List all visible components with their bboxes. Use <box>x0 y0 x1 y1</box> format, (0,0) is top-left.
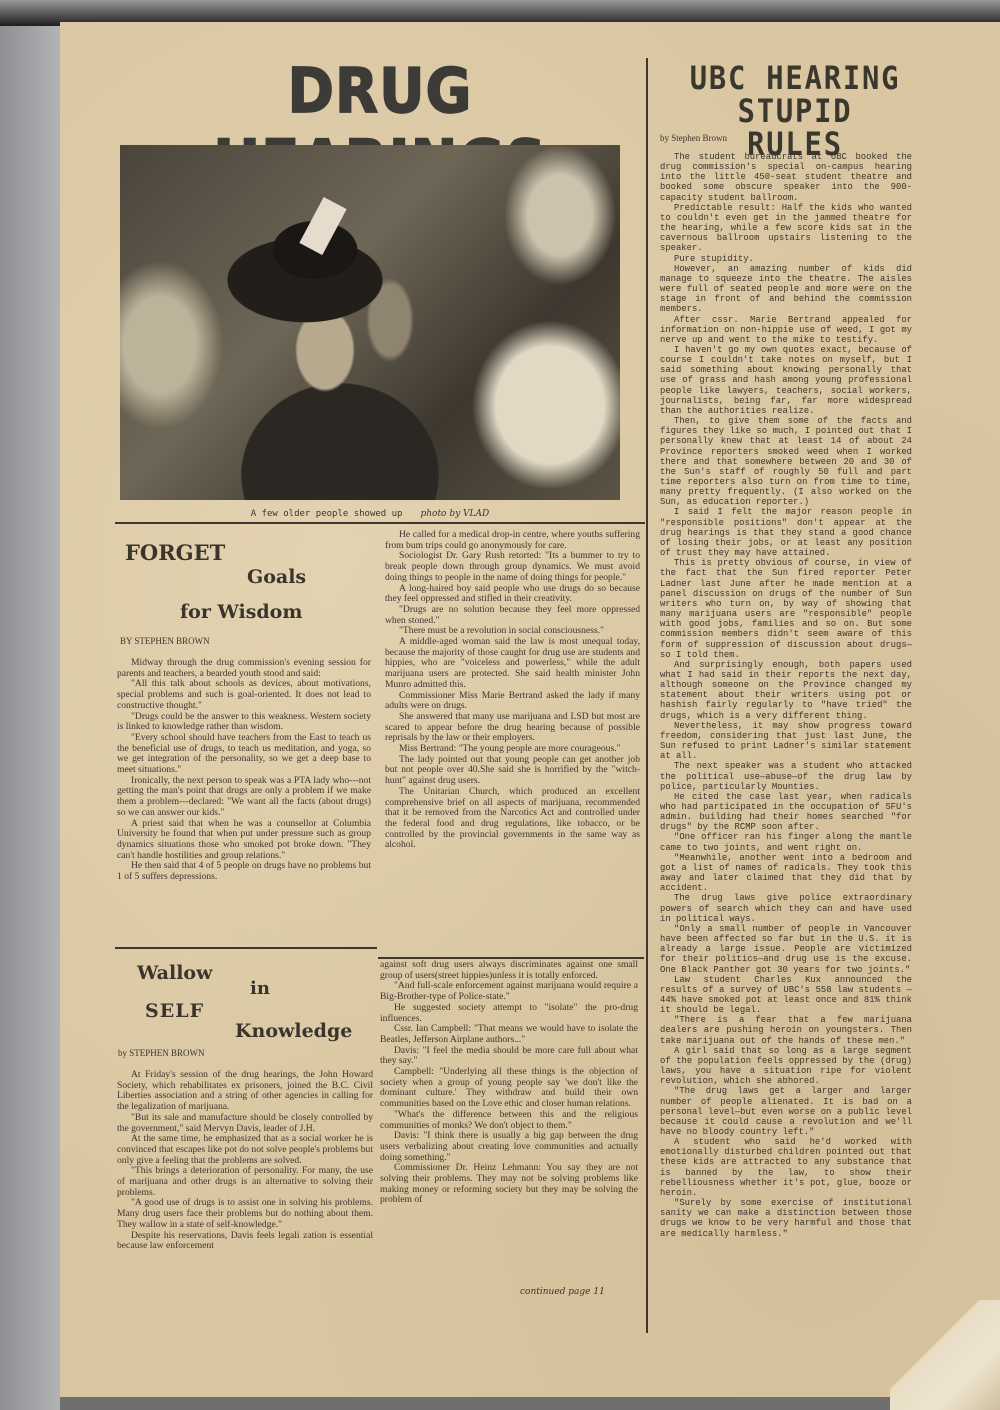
paragraph: The next speaker was a student who attac… <box>660 761 912 791</box>
paragraph: Commissioner Dr. Heinz Lehmann: You say … <box>380 1163 638 1206</box>
paragraph: He cited the case last year, when radica… <box>660 792 912 833</box>
paragraph: "There is a fear that a few marijuana de… <box>660 1015 912 1045</box>
paragraph: "Only a small number of people in Vancou… <box>660 924 912 975</box>
wallow-body-continued: against soft drug users always discrimin… <box>380 960 638 1206</box>
paragraph: I said I felt the major reason people in… <box>660 507 912 558</box>
paragraph: "The drug laws get a larger and larger n… <box>660 1086 912 1137</box>
forget-title-line1: FORGET <box>125 540 225 565</box>
paragraph: Pure stupidity. <box>660 254 912 264</box>
paragraph: A priest said that when he was a counsel… <box>117 819 371 862</box>
rule-between-articles-left <box>115 947 377 949</box>
scan-backdrop-left <box>0 0 60 1410</box>
paragraph: A student who said he'd worked with emot… <box>660 1137 912 1198</box>
paragraph: The drug laws give police extraordinary … <box>660 893 912 923</box>
paragraph: The student bureaucrats at UBC booked th… <box>660 152 912 203</box>
paragraph: Midway through the drug commission's eve… <box>117 658 371 679</box>
paragraph: This is pretty obvious of course, in vie… <box>660 558 912 660</box>
forget-body: Midway through the drug commission's eve… <box>117 658 371 883</box>
wallow-title-line2: in <box>250 978 270 999</box>
wallow-title-line3: SELF <box>145 1000 204 1022</box>
paragraph: A long-haired boy said people who use dr… <box>385 584 640 605</box>
paragraph: However, an amazing number of kids did m… <box>660 264 912 315</box>
paragraph: "Meanwhile, another went into a bedroom … <box>660 853 912 894</box>
paragraph: The Unitarian Church, which produced an … <box>385 787 640 851</box>
forget-title-line2: Goals <box>247 566 306 588</box>
ubc-body: The student bureaucrats at UBC booked th… <box>660 152 912 1239</box>
continued-note: continued page 11 <box>520 1287 605 1297</box>
paragraph: Nevertheless, it may show progress towar… <box>660 721 912 762</box>
paragraph: Commissioner Miss Marie Bertrand asked t… <box>385 691 640 712</box>
paragraph: A middle-aged woman said the law is most… <box>385 637 640 691</box>
paragraph: Then, to give them some of the facts and… <box>660 416 912 507</box>
paragraph: I haven't go my own quotes exact, becaus… <box>660 345 912 416</box>
paragraph: He then said that 4 of 5 people on drugs… <box>117 861 371 882</box>
folded-corner <box>890 1300 1000 1410</box>
paragraph: "And full-scale enforcement against mari… <box>380 981 638 1002</box>
news-photo <box>120 145 620 500</box>
paragraph: Campbell: "Underlying all these things i… <box>380 1067 638 1110</box>
paragraph: "All this talk about schools as devices,… <box>117 679 371 711</box>
paragraph: A girl said that so long as a large segm… <box>660 1046 912 1087</box>
photo-caption: A few older people showed upphoto by VLA… <box>120 509 620 519</box>
paragraph: At the same time, he emphasized that as … <box>117 1134 373 1166</box>
paragraph: At Friday's session of the drug hearings… <box>117 1070 373 1113</box>
caption-text: A few older people showed up <box>251 509 403 519</box>
paragraph: He suggested society attempt to "isolate… <box>380 1003 638 1024</box>
paragraph: "This brings a deterioration of personal… <box>117 1166 373 1198</box>
photo-credit: photo by VLAD <box>420 509 489 519</box>
paragraph: "One officer ran his finger along the ma… <box>660 832 912 852</box>
wallow-byline: by STEPHEN BROWN <box>118 1048 205 1058</box>
wallow-title-line4: Knowledge <box>235 1020 352 1042</box>
paragraph: "A good use of drugs is to assist one in… <box>117 1198 373 1230</box>
wallow-body: At Friday's session of the drug hearings… <box>117 1070 373 1252</box>
paragraph: Ironically, the next person to speak was… <box>117 776 371 819</box>
paragraph: Davis: "I feel the media should be more … <box>380 1046 638 1067</box>
hat-band <box>299 197 346 255</box>
rule-under-photo <box>115 522 645 524</box>
paragraph: "Drugs are no solution because they feel… <box>385 605 640 626</box>
paragraph: Davis: "I think there is usually a big g… <box>380 1131 638 1163</box>
paragraph: against soft drug users always discrimin… <box>380 960 638 981</box>
forget-byline: BY STEPHEN BROWN <box>120 636 210 646</box>
paragraph: After cssr. Marie Bertrand appealed for … <box>660 315 912 345</box>
ubc-byline: by Stephen Brown <box>660 133 727 144</box>
paragraph: Cssr. Ian Campbell: "That means we would… <box>380 1024 638 1045</box>
paragraph: The lady pointed out that young people c… <box>385 755 640 787</box>
paragraph: And surprisingly enough, both papers use… <box>660 660 912 721</box>
paragraph: Despite his reservations, Davis feels le… <box>117 1231 373 1252</box>
paragraph: Sociologist Dr. Gary Rush retorted: "Its… <box>385 551 640 583</box>
paragraph: Law student Charles Kux announced the re… <box>660 975 912 1016</box>
ubc-headline: UBC HEARING STUPID RULES <box>687 62 903 161</box>
paragraph: "Drugs could be the answer to this weakn… <box>117 712 371 733</box>
paragraph: "What's the difference between this and … <box>380 1110 638 1131</box>
forget-title-line3: for Wisdom <box>180 601 302 623</box>
paragraph: He called for a medical drop-in centre, … <box>385 530 640 551</box>
paragraph: "But its sale and manufacture should be … <box>117 1113 373 1134</box>
column-divider <box>646 58 648 1333</box>
ubc-title-line1: UBC HEARING <box>687 62 903 95</box>
forget-body-continued: He called for a medical drop-in centre, … <box>385 530 640 851</box>
wallow-title-line1: Wallow <box>137 962 212 984</box>
paragraph: "Surely by some exercise of institutiona… <box>660 1198 912 1239</box>
paragraph: Predictable result: Half the kids who wa… <box>660 203 912 254</box>
paragraph: "Every school should have teachers from … <box>117 733 371 776</box>
paragraph: She answered that many use marijuana and… <box>385 712 640 744</box>
